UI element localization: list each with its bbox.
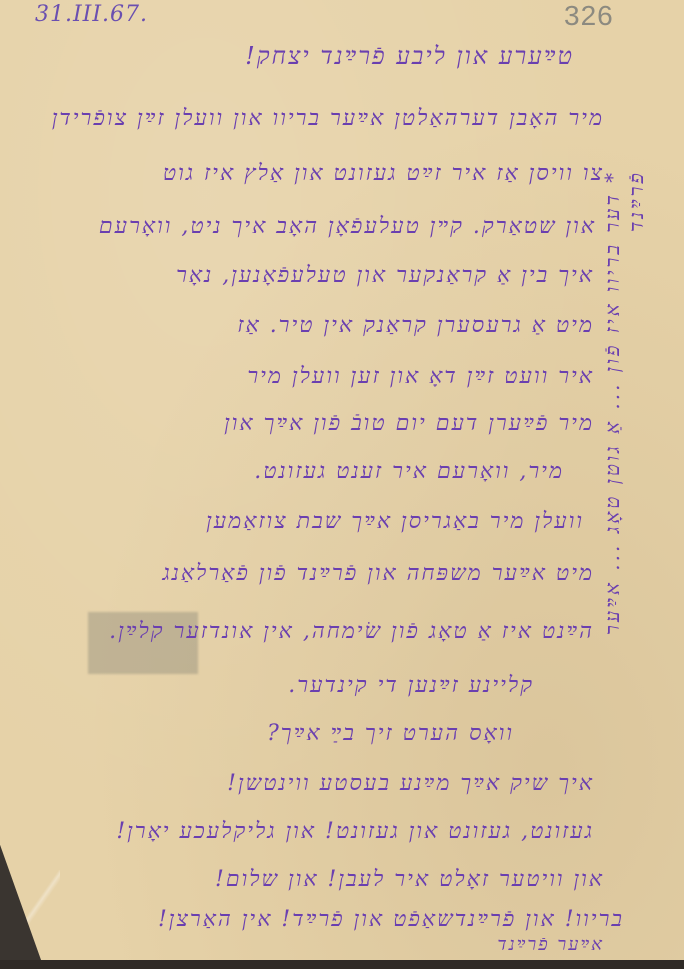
scan-bottom-edge	[0, 960, 684, 969]
text-line-6: איר וועט זײַן דאָ און זען וועלן מיר	[247, 363, 594, 389]
text-line-3: און שטאַרק. קײן טעלעפֿאָן האָב איך ניט, …	[99, 213, 596, 239]
text-line-17: בריוו! און פֿרײַנדשאַפֿט און פֿרײַד! אין…	[158, 906, 624, 932]
text-line-2: צו וויסן אַז איר זײַט געזונט און אַלץ אי…	[163, 160, 604, 186]
text-line-11: הײַנט איז אַ טאָג פֿון שׂימחה, אין אונדז…	[109, 618, 594, 644]
text-line-10: מיט אײַער משפּחה און פֿרײַנד פֿון פֿאַרל…	[162, 560, 594, 586]
text-line-8: מיר, וואָרעם איר זענט געזונט.	[254, 458, 564, 484]
text-line-13: וואָס הערט זיך בײַ אײַך?	[267, 720, 514, 746]
text-line-14: איך שיק אײַך מײַנע בעסטע ווינטשן!	[227, 770, 594, 796]
text-line-4: איך בין אַ קראַנקער און טעלעפֿאָנען, נאָ…	[176, 262, 594, 288]
greeting-line: טײַערע און ליבע פֿרײַנד יצחק!	[245, 42, 574, 71]
signature-line: אײַער פֿרײַנד	[497, 934, 604, 955]
margin-note-vertical: * דער בריוו איז פֿון ... אַ גוטן טאָג ..…	[600, 170, 640, 690]
corner-fold-crease	[0, 870, 60, 969]
letter-paper: 31.III.67. 326 טײַערע און ליבע פֿרײַנד י…	[0, 0, 684, 960]
text-line-5: מיט אַ גרעסערן קראַנק אין טיר. אַז	[237, 312, 594, 338]
text-line-7: מיר פֿײַערן דעם יום טובֿ פֿון אײַך און	[224, 410, 594, 436]
text-line-12: קליינע זײַנען די קינדער.	[288, 672, 534, 698]
text-line-1: מיר האָבן דערהאַלטן אײַער בריוו און וועל…	[52, 105, 604, 131]
letter-date: 31.III.67.	[35, 2, 148, 27]
archive-number: 326	[564, 0, 614, 32]
text-line-16: און וויטער זאָלט איר לעבן! און שלום!	[215, 866, 604, 892]
text-line-9: וועלן מיר באַגריסן אײַך שבת צוזאַמען	[206, 508, 584, 534]
text-line-15: געזונט, געזונט און געזונט! און גליקלעכע …	[116, 818, 594, 844]
